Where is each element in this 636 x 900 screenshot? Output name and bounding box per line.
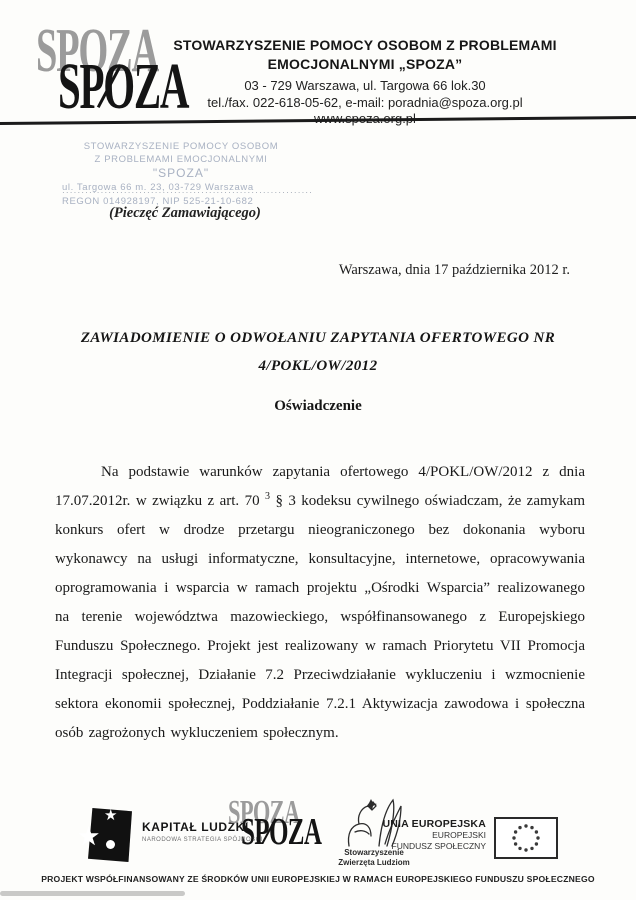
star-icon: ★: [104, 806, 117, 824]
unia-europejska-title: UNIA EUROPEJSKA: [378, 818, 486, 830]
statement-heading: Oświadczenie: [0, 398, 636, 415]
stamp-line: Z PROBLEMAMI EMOCJONALNYMI: [62, 153, 300, 166]
zwierzeta-ludziom-line2: Zwierzęta Ludziom: [330, 858, 418, 868]
dot-icon: [106, 840, 115, 849]
body-paragraph: Na podstawie warunków zapytania ofertowe…: [55, 458, 585, 748]
org-contact: tel./fax. 022-618-05-62, e-mail: poradni…: [150, 94, 580, 111]
document-title: ZAWIADOMIENIE O ODWOŁANIU ZAPYTANIA OFER…: [0, 324, 636, 380]
document-title-line1: ZAWIADOMIENIE O ODWOŁANIU ZAPYTANIA OFER…: [0, 324, 636, 352]
date-line: Warszawa, dnia 17 października 2012 r.: [0, 262, 570, 279]
cofinancing-statement: PROJEKT WSPÓŁFINANSOWANY ZE ŚRODKÓW UNII…: [0, 874, 636, 884]
scan-artifact: [0, 891, 185, 896]
unia-europejska-sub2: FUNDUSZ SPOŁECZNY: [378, 841, 486, 852]
eu-flag-icon: [494, 817, 558, 859]
org-address: 03 - 729 Warszawa, ul. Targowa 66 lok.30: [150, 77, 580, 94]
stamp-line: STOWARZYSZENIE POMOCY OSOBOM: [62, 140, 300, 153]
letterhead: STOWARZYSZENIE POMOCY OSOBOM Z PROBLEMAM…: [150, 36, 580, 127]
company-stamp: STOWARZYSZENIE POMOCY OSOBOM Z PROBLEMAM…: [62, 140, 300, 209]
body-text-after-sup: § 3 kodeksu cywilnego oświadczam, że zam…: [55, 493, 585, 741]
kapital-ludzki-logo: ★ ★: [84, 806, 136, 864]
document-title-line2: 4/POKL/OW/2012: [0, 352, 636, 380]
spoza-footer-logo: SPOZA SPOZA: [228, 796, 328, 862]
org-name-line1: STOWARZYSZENIE POMOCY OSOBOM Z PROBLEMAM…: [150, 36, 580, 55]
org-name-line2: EMOCJONALNYMI „SPOZA”: [150, 55, 580, 74]
stamp-caption: (Pieczęć Zamawiającego): [40, 205, 330, 222]
unia-europejska-text: UNIA EUROPEJSKA EUROPEJSKI FUNDUSZ SPOŁE…: [378, 818, 486, 851]
spoza-footer-black-text: SPOZA: [241, 813, 321, 851]
star-icon: ★: [77, 822, 100, 852]
document-page: SPOZA SPOZA STOWARZYSZENIE POMOCY OSOBOM…: [0, 0, 636, 900]
stamp-line: "SPOZA": [62, 166, 300, 181]
unia-europejska-sub1: EUROPEJSKI: [378, 830, 486, 841]
stamp-dotted-line: ········································…: [62, 188, 312, 197]
